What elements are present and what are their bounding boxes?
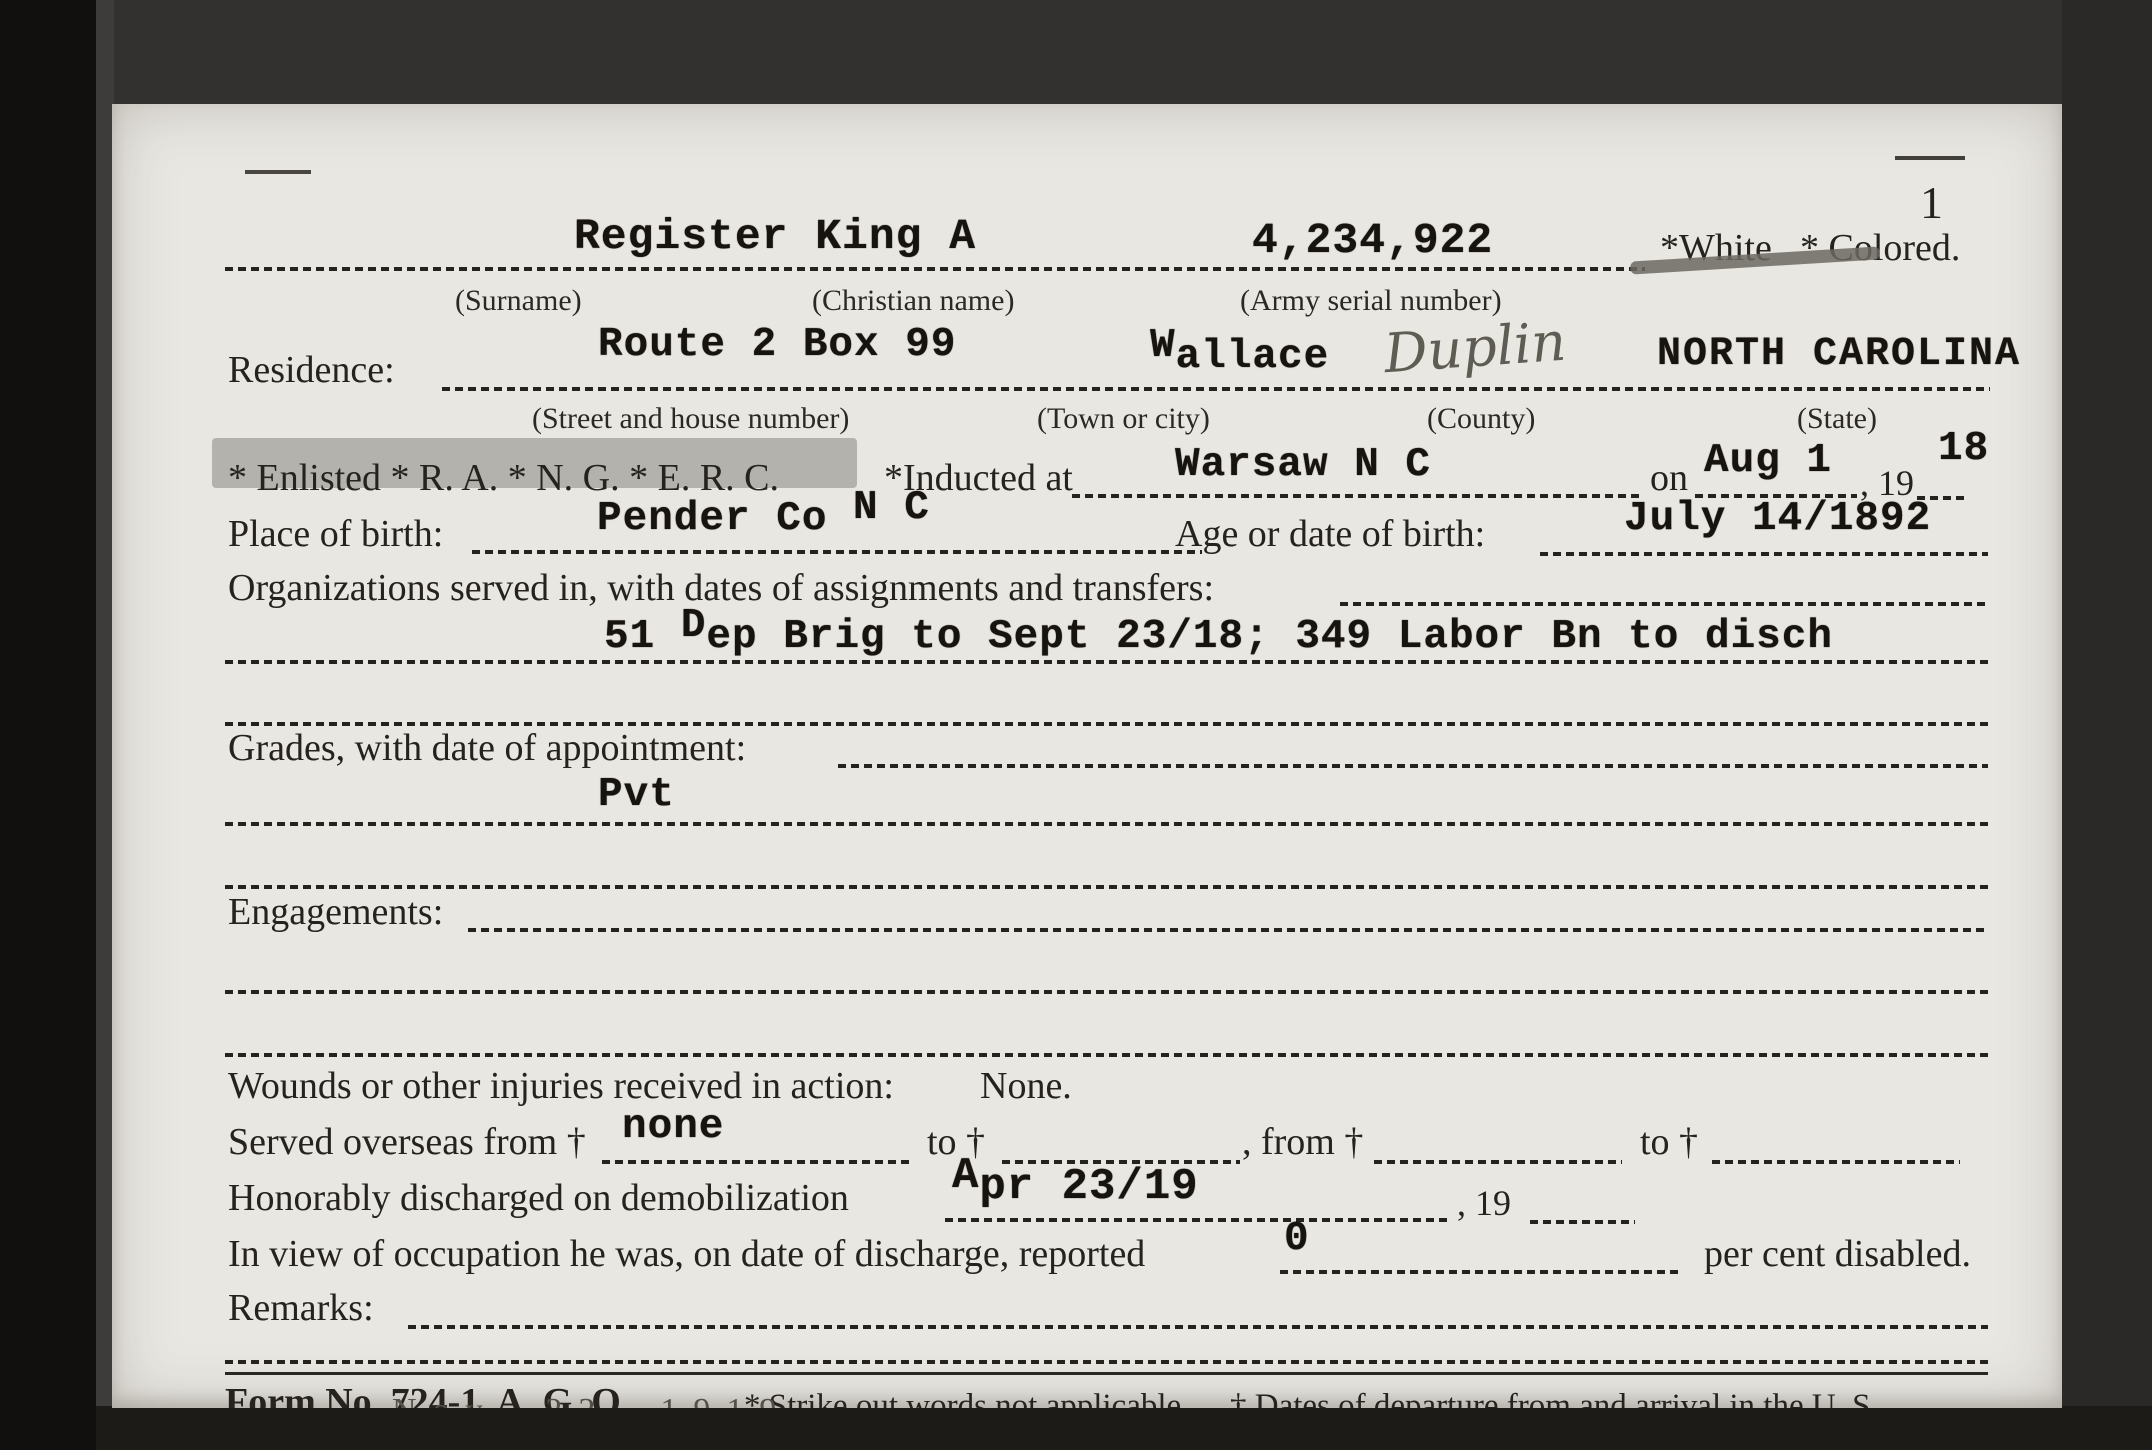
- serial-number-label: (Army serial number): [1240, 284, 1502, 318]
- organizations-entry-raised: D: [681, 603, 707, 649]
- street-entry: Route 2 Box 99: [598, 322, 956, 368]
- disability-label: In view of occupation he was, on date of…: [228, 1232, 1145, 1276]
- overseas-from-label: Served overseas from †: [228, 1120, 586, 1164]
- wounds-label: Wounds or other injuries received in act…: [228, 1064, 894, 1108]
- dotted-rule: [1072, 494, 1644, 498]
- county-entry-handwritten: Duplin: [1382, 310, 1568, 386]
- scanner-border-left: [0, 0, 96, 1450]
- solid-rule: [225, 1372, 1988, 1375]
- dotted-rule: [838, 764, 1988, 768]
- overseas-to-label-2: to †: [1640, 1120, 1698, 1164]
- race-colored-option: * Colored.: [1800, 226, 1960, 270]
- dagger-note: † Dates of departure from and arrival in…: [1230, 1388, 1879, 1408]
- induction-place-entry: Warsaw N C: [1175, 442, 1431, 488]
- dotted-rule: [1374, 1160, 1622, 1164]
- disability-entry: 0: [1284, 1216, 1310, 1262]
- dotted-rule: [225, 822, 1988, 826]
- discharge-date-entry: Apr 23/19: [952, 1162, 1199, 1212]
- discharge-label: Honorably discharged on demobilization: [228, 1176, 849, 1220]
- dotted-rule: [1340, 602, 1988, 606]
- dotted-rule: [472, 550, 1202, 554]
- town-label: (Town or city): [1037, 402, 1210, 436]
- scanner-border-bottom: [96, 1406, 2152, 1450]
- town-entry: Wallace: [1150, 334, 1329, 380]
- age-or-birth-label: Age or date of birth:: [1175, 512, 1485, 556]
- overseas-from-entry: none: [622, 1104, 724, 1150]
- enlistment-options: * Enlisted * R. A. * N. G. * E. R. C.: [228, 456, 779, 500]
- residence-label: Residence:: [228, 348, 395, 392]
- overseas-from-label-2: , from †: [1242, 1120, 1363, 1164]
- organizations-label: Organizations served in, with dates of a…: [228, 566, 1214, 610]
- grades-label: Grades, with date of appointment:: [228, 726, 760, 770]
- dotted-rule: [408, 1325, 1988, 1329]
- wounds-value: None.: [980, 1064, 1072, 1108]
- grade-entry: Pvt: [598, 772, 675, 818]
- birthplace-main: Pender Co: [597, 496, 853, 542]
- organizations-entry: 51 Dep Brig to Sept 23/18; 349 Labor Bn …: [604, 614, 1833, 660]
- dotted-rule: [225, 1053, 1988, 1057]
- town-entry-rest: allace: [1176, 334, 1330, 380]
- birthplace-raised: N C: [853, 485, 930, 531]
- serial-entry: 4,234,922: [1252, 216, 1493, 265]
- dotted-rule: [945, 1218, 1447, 1222]
- dotted-rule: [602, 1160, 912, 1164]
- dotted-rule: [1280, 1270, 1680, 1274]
- dotted-rule: [1540, 552, 1988, 556]
- discharge-date-rest: pr 23/19: [979, 1162, 1198, 1212]
- pencil-dash-mark: [245, 170, 311, 174]
- dotted-rule: [225, 1360, 1988, 1364]
- pencil-dash-mark: [1895, 156, 1965, 160]
- percent-disabled-label: per cent disabled.: [1704, 1232, 1971, 1276]
- induction-year-entry: 18: [1938, 426, 1989, 472]
- strike-out-note: * Strike out words not applicable.: [744, 1388, 1189, 1408]
- organizations-entry-post: ep Brig to Sept 23/18; 349 Labor Bn to d…: [706, 614, 1833, 660]
- dotted-rule: [1530, 1220, 1635, 1224]
- dotted-rule: [1712, 1160, 1960, 1164]
- discharge-date-raised: A: [952, 1151, 979, 1201]
- discharge-year-label: , 19: [1457, 1182, 1511, 1224]
- county-label: (County): [1427, 402, 1535, 436]
- christian-name-label: (Christian name): [812, 284, 1014, 318]
- organizations-entry-pre: 51: [604, 614, 681, 660]
- state-label: (State): [1797, 402, 1877, 436]
- birthplace-entry: Pender Co N C: [597, 496, 930, 542]
- induction-date-entry: Aug 1: [1704, 438, 1832, 484]
- scanned-service-card-page: 1 Register King A 4,234,922 *White * Col…: [0, 0, 2152, 1450]
- on-label: on: [1650, 456, 1688, 500]
- page-number: 1: [1920, 176, 1943, 229]
- service-record-card: 1 Register King A 4,234,922 *White * Col…: [112, 104, 2062, 1408]
- dotted-rule: [468, 928, 1988, 932]
- dotted-rule: [225, 885, 1988, 889]
- town-entry-raised-letter: W: [1150, 323, 1176, 369]
- place-of-birth-label: Place of birth:: [228, 512, 443, 556]
- dotted-rule: [442, 387, 1990, 391]
- name-entry: Register King A: [574, 212, 976, 261]
- engagements-label: Engagements:: [228, 890, 457, 934]
- birthdate-entry: July 14/1892: [1624, 496, 1931, 542]
- remarks-label: Remarks:: [228, 1286, 374, 1330]
- state-entry: NORTH CAROLINA: [1657, 332, 2021, 377]
- clipped-form-date-fragment: Nov. 22, 1919: [392, 1392, 792, 1408]
- dotted-rule: [225, 660, 1988, 664]
- dotted-rule: [225, 990, 1988, 994]
- surname-label: (Surname): [455, 284, 582, 318]
- scanner-border-right: [2062, 0, 2152, 1450]
- street-label: (Street and house number): [532, 402, 849, 436]
- dotted-rule: [225, 267, 1645, 271]
